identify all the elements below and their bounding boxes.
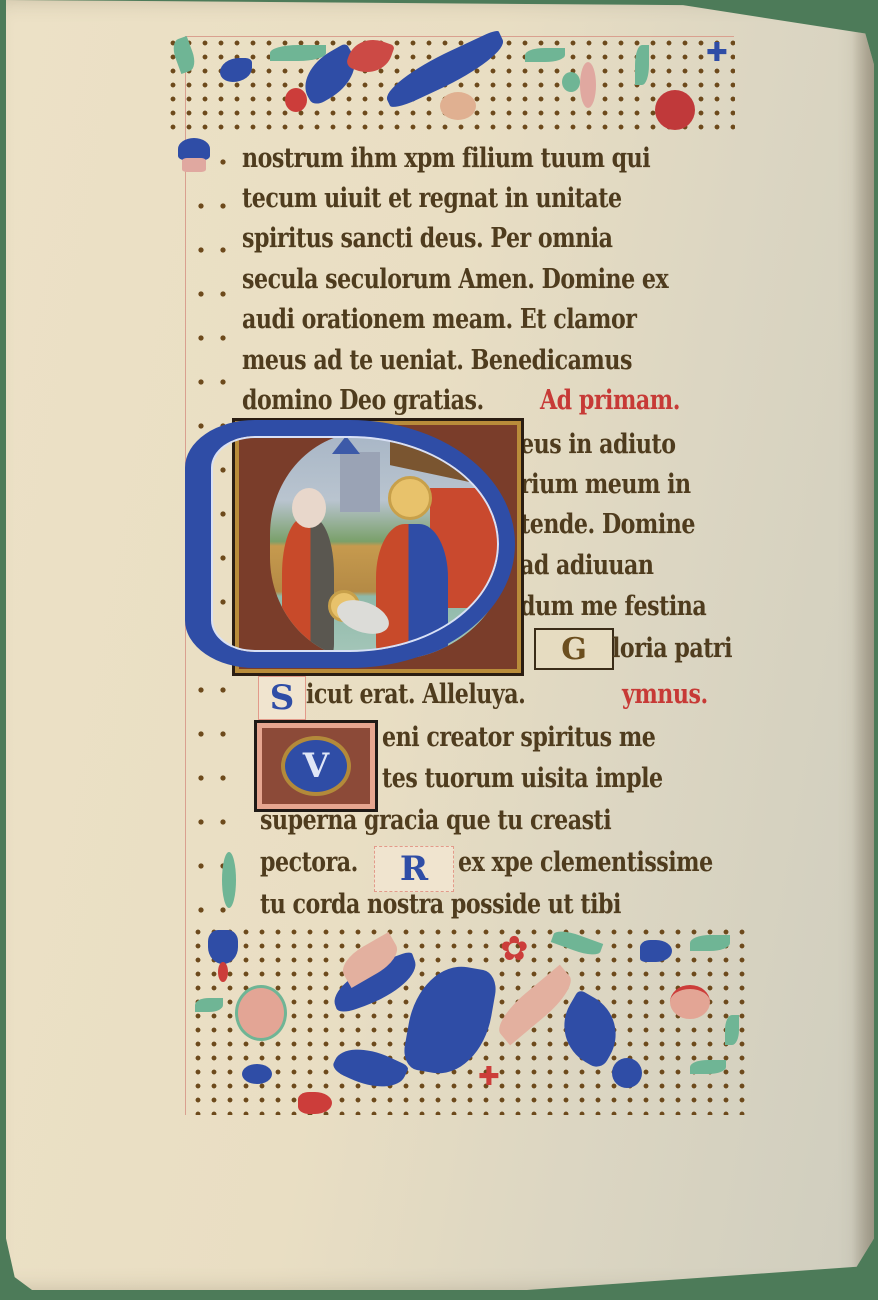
green-leaf-icon bbox=[725, 1015, 739, 1045]
blue-blob-icon bbox=[242, 1064, 272, 1084]
sicut-initial: S bbox=[258, 676, 306, 720]
rubric-ymnus: ymnus. bbox=[622, 676, 708, 714]
blue-flower-icon bbox=[640, 940, 672, 962]
blue-flower-icon bbox=[612, 1058, 642, 1088]
blue-letter-D bbox=[185, 420, 515, 668]
red-flower-icon: ✚ bbox=[478, 1064, 500, 1090]
text-line: tes tuorum uisita imple bbox=[382, 760, 663, 798]
blue-cross-flower-icon: ✚ bbox=[706, 40, 728, 66]
text-line: ex xpe clementissime bbox=[458, 844, 713, 882]
red-bud-icon bbox=[218, 962, 228, 982]
gloria-initial: G bbox=[534, 628, 614, 670]
text-line: tu corda nostra posside ut tibi bbox=[260, 886, 621, 924]
pink-cup-icon bbox=[182, 158, 206, 172]
red-strawberry-icon bbox=[298, 1092, 332, 1114]
red-flower-icon: ✿ bbox=[500, 932, 529, 966]
text-line: eni creator spiritus me bbox=[382, 719, 655, 757]
text-line: meus ad te ueniat. Benedicamus bbox=[242, 342, 632, 380]
text-line: rium meum in bbox=[520, 466, 691, 504]
blue-flower-icon bbox=[208, 930, 238, 964]
green-leaf-icon bbox=[635, 45, 649, 85]
pink-flower-icon bbox=[235, 985, 287, 1041]
green-leaf-icon bbox=[222, 852, 236, 908]
text-line: dum me festina bbox=[520, 588, 706, 626]
text-line: secula seculorum Amen. Domine ex bbox=[242, 261, 668, 299]
text-line: superna gracia que tu creasti bbox=[260, 802, 611, 840]
text-line: loria patri bbox=[612, 630, 732, 668]
green-leaf-icon bbox=[525, 48, 565, 62]
hymn-initial: V bbox=[281, 736, 351, 796]
red-strawberry-icon bbox=[655, 90, 695, 130]
text-line: tende. Domine bbox=[520, 506, 695, 544]
green-leaf-icon bbox=[270, 45, 326, 61]
rubric-ad-primam: Ad primam. bbox=[540, 382, 680, 420]
text-line: domino Deo gratias. bbox=[242, 382, 484, 420]
pink-flower-icon bbox=[670, 985, 710, 1019]
text-line: eus in adiuto bbox=[520, 426, 676, 464]
green-bud-icon bbox=[562, 72, 580, 92]
text-line: icut erat. Alleluya. bbox=[306, 676, 525, 714]
hymn-initial-box: V bbox=[254, 720, 378, 812]
text-line: ad adiuuan bbox=[520, 547, 653, 585]
pink-flower-icon bbox=[580, 62, 596, 108]
blue-flower-icon bbox=[178, 138, 210, 160]
green-leaf-icon bbox=[690, 1060, 726, 1074]
text-line: nostrum ihm xpm filium tuum qui bbox=[242, 140, 650, 178]
text-line: audi orationem meam. Et clamor bbox=[242, 301, 636, 339]
text-line: spiritus sancti deus. Per omnia bbox=[242, 220, 613, 258]
text-line: pectora. bbox=[260, 844, 358, 882]
pink-flower-icon bbox=[440, 92, 476, 120]
green-leaf-icon bbox=[195, 998, 223, 1012]
red-berry-icon bbox=[285, 88, 307, 112]
green-leaf-icon bbox=[690, 935, 730, 951]
text-line: tecum uiuit et regnat in unitate bbox=[242, 180, 622, 218]
